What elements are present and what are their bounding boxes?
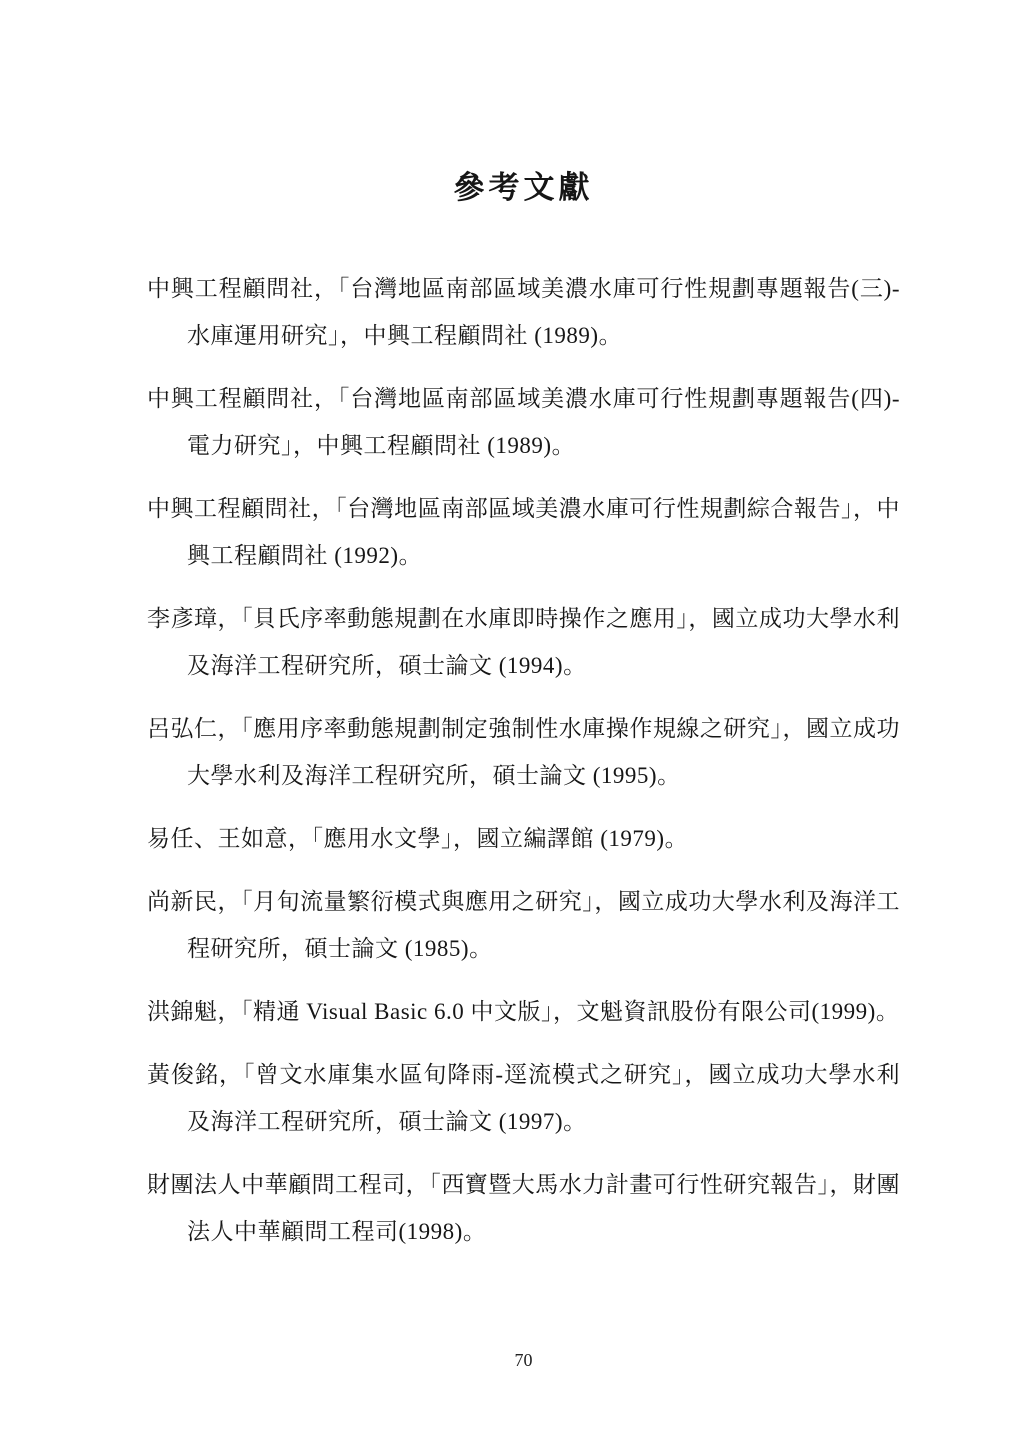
reference-line: 水庫運用研究」，中興工程顧問社 (1989)。 xyxy=(147,312,900,359)
page-content: 參考文獻 中興工程顧問社，「台灣地區南部區域美濃水庫可行性規劃專題報告(三)-水… xyxy=(0,0,1024,1255)
reference-line: 財團法人中華顧問工程司，「西寶暨大馬水力計畫可行性研究報告」，財團 xyxy=(147,1161,900,1208)
reference-entry: 中興工程顧問社，「台灣地區南部區域美濃水庫可行性規劃專題報告(四)-電力研究」，… xyxy=(147,375,900,469)
reference-entry: 易任、王如意，「應用水文學」，國立編譯館 (1979)。 xyxy=(147,815,900,862)
document-page: 參考文獻 中興工程顧問社，「台灣地區南部區域美濃水庫可行性規劃專題報告(三)-水… xyxy=(0,0,1024,1450)
reference-line: 中興工程顧問社，「台灣地區南部區域美濃水庫可行性規劃專題報告(三)- xyxy=(147,265,900,312)
reference-line: 呂弘仁，「應用序率動態規劃制定強制性水庫操作規線之研究」，國立成功 xyxy=(147,705,900,752)
reference-entry: 財團法人中華顧問工程司，「西寶暨大馬水力計畫可行性研究報告」，財團法人中華顧問工… xyxy=(147,1161,900,1255)
reference-line: 尚新民，「月旬流量繁衍模式與應用之研究」，國立成功大學水利及海洋工 xyxy=(147,878,900,925)
reference-entry: 黃俊銘，「曾文水庫集水區旬降雨-逕流模式之研究」，國立成功大學水利及海洋工程研究… xyxy=(147,1051,900,1145)
page-number: 70 xyxy=(147,1348,900,1372)
reference-line: 大學水利及海洋工程研究所，碩士論文 (1995)。 xyxy=(147,752,900,799)
reference-line: 洪錦魁，「精通 Visual Basic 6.0 中文版」，文魁資訊股份有限公司… xyxy=(147,988,900,1035)
reference-entry: 洪錦魁，「精通 Visual Basic 6.0 中文版」，文魁資訊股份有限公司… xyxy=(147,988,900,1035)
reference-entry: 李彥璋，「貝氏序率動態規劃在水庫即時操作之應用」，國立成功大學水利及海洋工程研究… xyxy=(147,595,900,689)
reference-line: 程研究所，碩士論文 (1985)。 xyxy=(147,925,900,972)
reference-line: 李彥璋，「貝氏序率動態規劃在水庫即時操作之應用」，國立成功大學水利 xyxy=(147,595,900,642)
reference-line: 易任、王如意，「應用水文學」，國立編譯館 (1979)。 xyxy=(147,815,900,862)
reference-entry: 呂弘仁，「應用序率動態規劃制定強制性水庫操作規線之研究」，國立成功大學水利及海洋… xyxy=(147,705,900,799)
reference-line: 中興工程顧問社，「台灣地區南部區域美濃水庫可行性規劃綜合報告」，中 xyxy=(147,485,900,532)
reference-line: 及海洋工程研究所，碩士論文 (1997)。 xyxy=(147,1098,900,1145)
reference-line: 及海洋工程研究所，碩士論文 (1994)。 xyxy=(147,642,900,689)
page-title: 參考文獻 xyxy=(147,168,900,208)
reference-line: 電力研究」，中興工程顧問社 (1989)。 xyxy=(147,422,900,469)
reference-entry: 尚新民，「月旬流量繁衍模式與應用之研究」，國立成功大學水利及海洋工程研究所，碩士… xyxy=(147,878,900,972)
reference-entry: 中興工程顧問社，「台灣地區南部區域美濃水庫可行性規劃專題報告(三)-水庫運用研究… xyxy=(147,265,900,359)
reference-line: 黃俊銘，「曾文水庫集水區旬降雨-逕流模式之研究」，國立成功大學水利 xyxy=(147,1051,900,1098)
references-list: 中興工程顧問社，「台灣地區南部區域美濃水庫可行性規劃專題報告(三)-水庫運用研究… xyxy=(147,265,900,1255)
reference-line: 興工程顧問社 (1992)。 xyxy=(147,532,900,579)
reference-entry: 中興工程顧問社，「台灣地區南部區域美濃水庫可行性規劃綜合報告」，中興工程顧問社 … xyxy=(147,485,900,579)
reference-line: 法人中華顧問工程司(1998)。 xyxy=(147,1208,900,1255)
reference-line: 中興工程顧問社，「台灣地區南部區域美濃水庫可行性規劃專題報告(四)- xyxy=(147,375,900,422)
